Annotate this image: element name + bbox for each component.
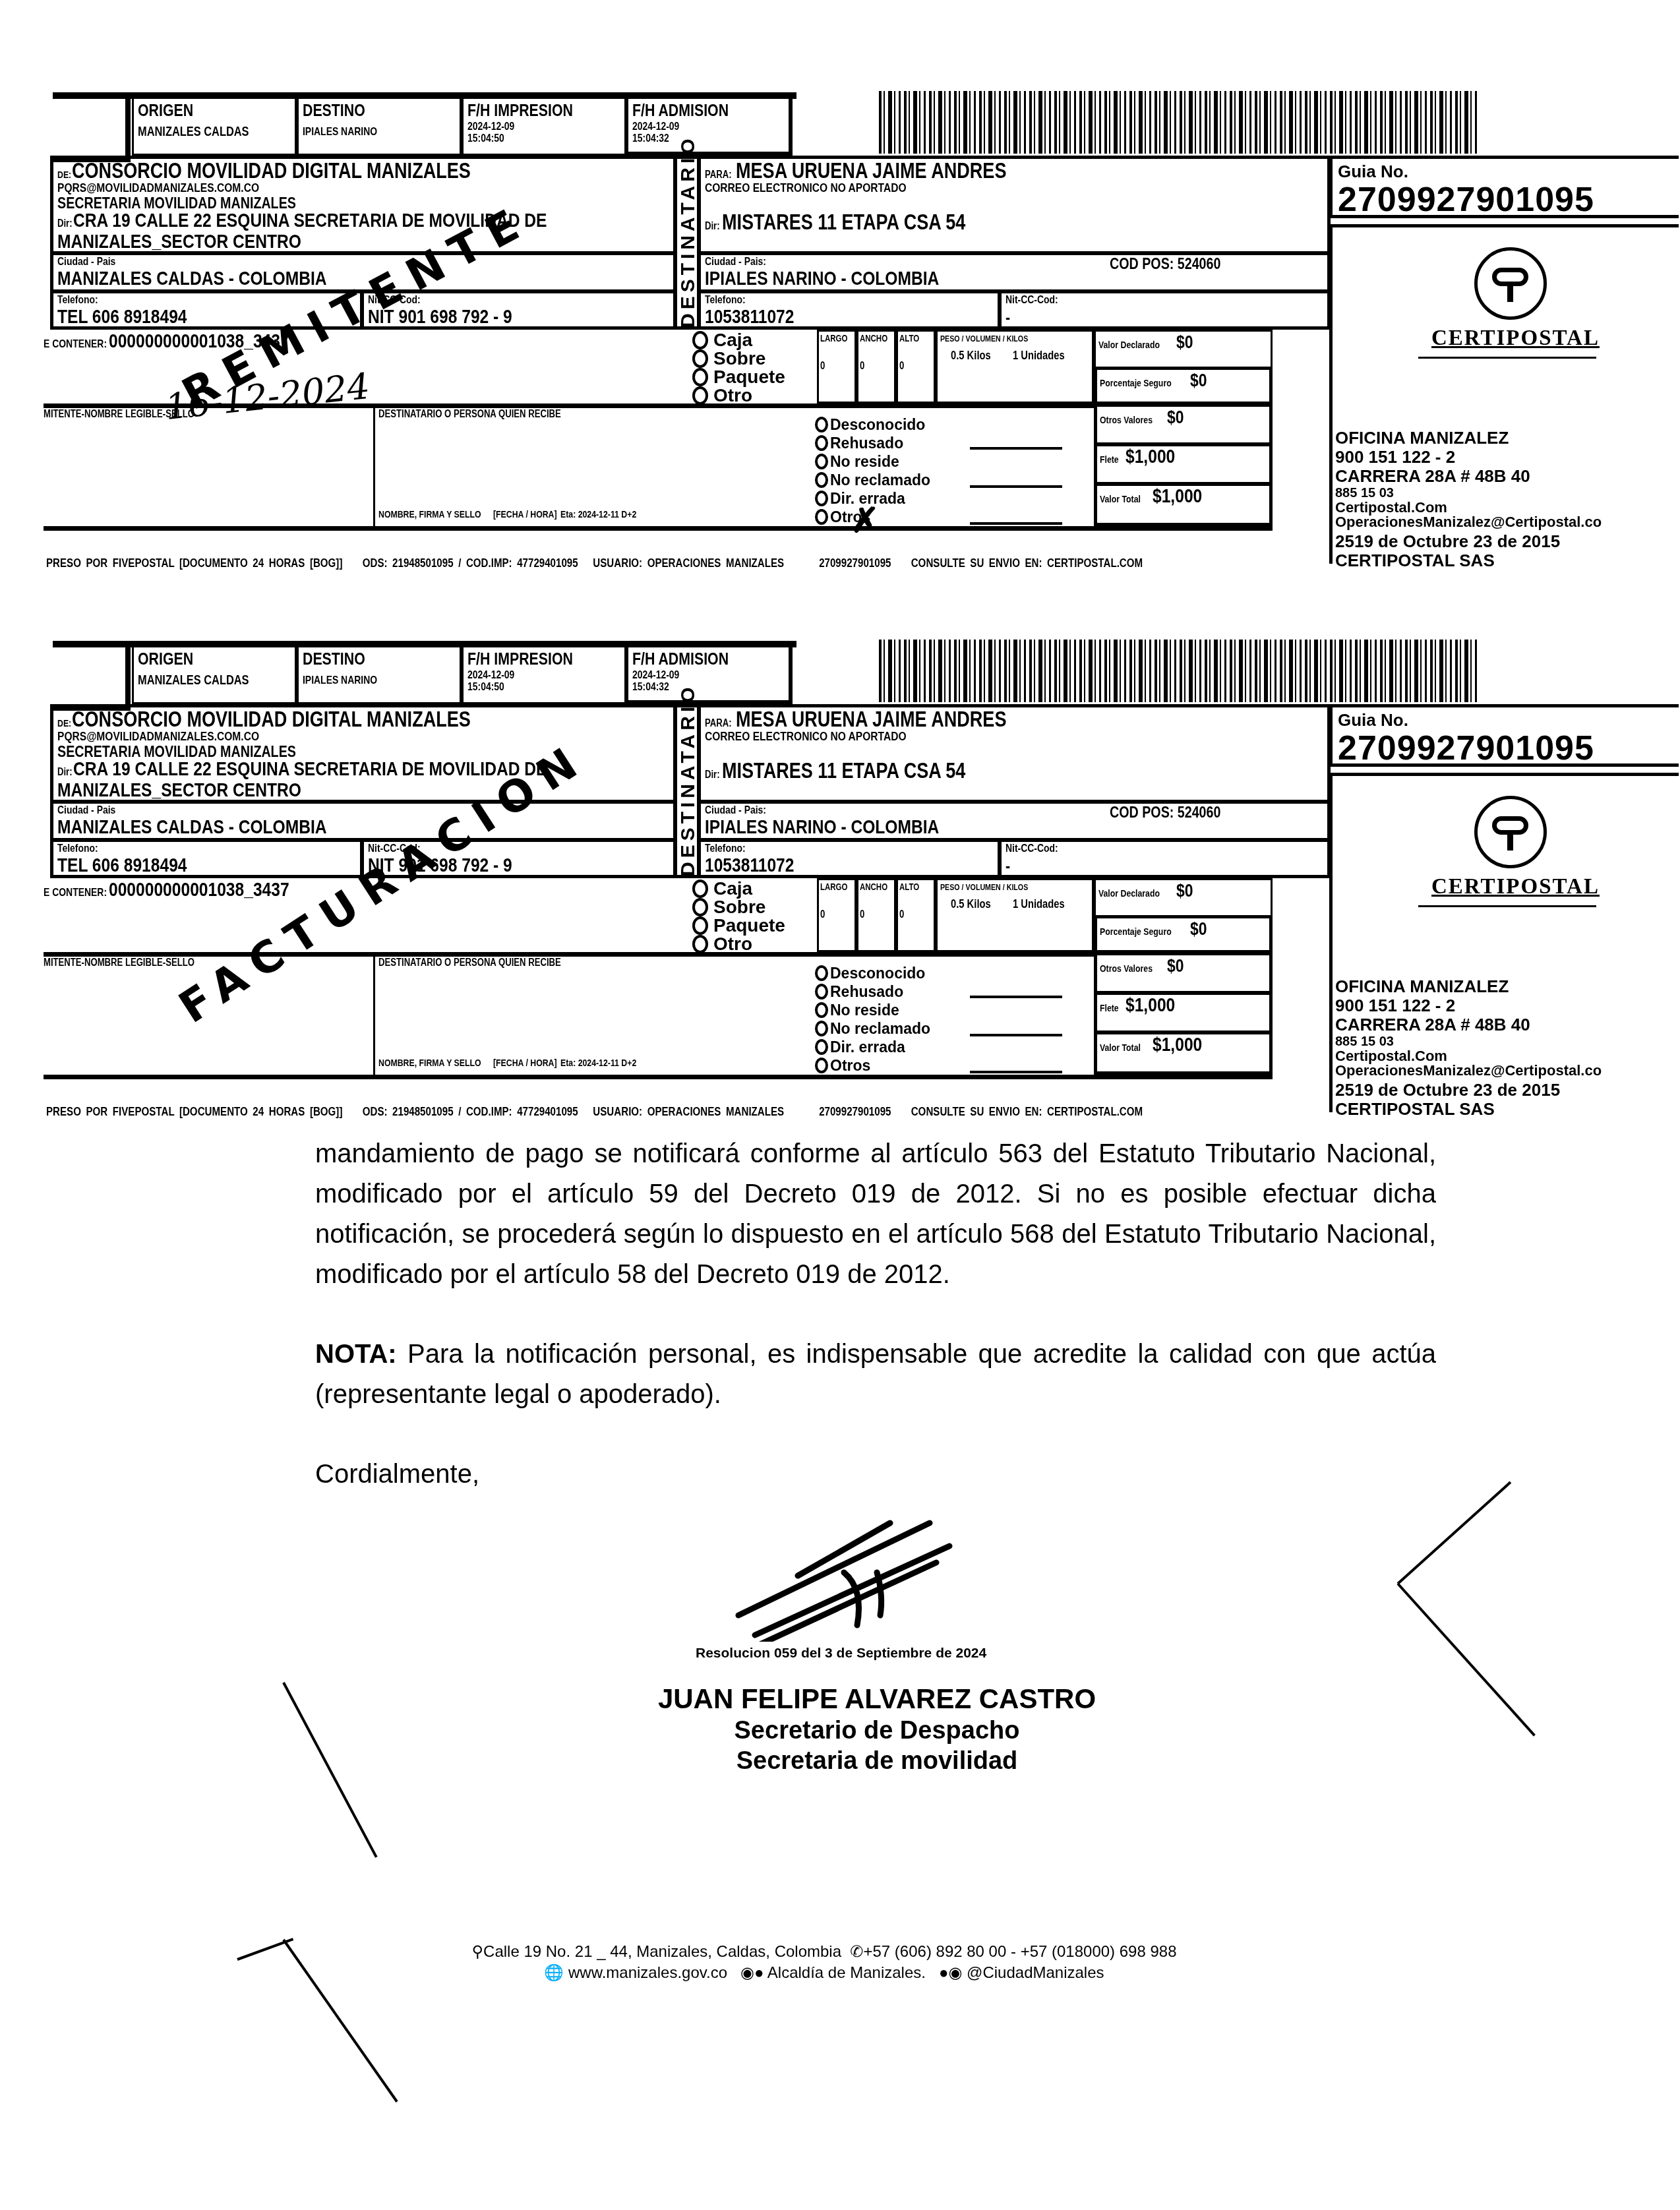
return-reason-label: No reside bbox=[830, 1001, 899, 1019]
package-type-sobre[interactable]: Sobre bbox=[692, 349, 785, 368]
radio-circle-icon[interactable] bbox=[692, 349, 708, 368]
declared-value: $0 bbox=[1176, 880, 1193, 901]
radio-circle-icon[interactable] bbox=[692, 331, 708, 349]
return-reason-option[interactable]: Desconocido bbox=[815, 415, 930, 434]
sender-city-label: Ciudad - Pais bbox=[57, 804, 115, 817]
guide-number: 2709927901095 bbox=[1338, 182, 1673, 218]
recipient-nit-label: Nit-CC-Cod: bbox=[1005, 293, 1058, 307]
freight-value: $1,000 bbox=[1125, 995, 1175, 1016]
other-values: $0 bbox=[1167, 955, 1184, 976]
height-cell: ALTO 0 bbox=[896, 330, 936, 403]
return-reason-option[interactable]: Rehusado bbox=[815, 982, 930, 1001]
recipient-side-label-box: DESTINATARIO bbox=[674, 156, 700, 330]
contents-value: 000000000001038_3437 bbox=[109, 880, 289, 901]
sender-name: CONSORCIO MOVILIDAD DIGITAL MANIZALES bbox=[72, 709, 471, 730]
radio-circle-icon[interactable] bbox=[692, 368, 708, 386]
package-type-label: Caja bbox=[713, 880, 752, 898]
return-reason-label: No reclamado bbox=[830, 1019, 930, 1038]
office-website[interactable]: Certipostal.Com bbox=[1335, 500, 1602, 515]
print-time: 15:04:50 bbox=[467, 133, 593, 144]
radio-circle-icon[interactable] bbox=[815, 417, 828, 433]
width-cell: ANCHO 0 bbox=[856, 330, 896, 403]
weight-cell: PESO / VOLUMEN / KILOS 0.5 Kilos 1 Unida… bbox=[936, 330, 1094, 403]
return-reason-option[interactable]: Rehusado bbox=[815, 434, 930, 452]
to-label: PARA: bbox=[705, 169, 732, 181]
recipient-nit: - bbox=[1005, 855, 1010, 876]
height-cell: ALTO 0 bbox=[896, 878, 936, 952]
package-type-options: CajaSobrePaqueteOtro bbox=[692, 331, 785, 405]
signer-name: JUAN FELIPE ALVAREZ CASTRO bbox=[633, 1683, 1121, 1716]
other-values-label: Otros Valores bbox=[1100, 963, 1153, 974]
origin-cell: ORIGEN MANIZALES CALDAS bbox=[132, 647, 297, 704]
return-reason-option[interactable]: Otros bbox=[815, 1056, 930, 1075]
admission-datetime-label: F/H ADMISION bbox=[632, 100, 757, 121]
office-phone: 885 15 03 bbox=[1335, 486, 1602, 500]
sender-phone: TEL 606 8918494 bbox=[57, 307, 187, 328]
facebook-icon: ● bbox=[754, 1964, 764, 1982]
length-label: LARGO bbox=[820, 333, 847, 343]
sender-address-line2: MANIZALES_SECTOR CENTRO bbox=[57, 231, 301, 253]
office-resolution: 2519 de Octubre 23 de 2015 bbox=[1335, 532, 1602, 551]
radio-circle-icon[interactable] bbox=[692, 916, 708, 935]
total-value: $1,000 bbox=[1153, 486, 1202, 507]
recipient-city: IPIALES NARINO - COLOMBIA bbox=[705, 268, 939, 289]
destination-cell: DESTINO IPIALES NARINO bbox=[297, 647, 462, 704]
radio-circle-icon[interactable] bbox=[815, 491, 828, 506]
footer-guide-number: 2709927901095 bbox=[819, 1105, 891, 1118]
sender-city: MANIZALES CALDAS - COLOMBIA bbox=[57, 817, 327, 838]
length-cell: LARGO 0 bbox=[817, 330, 856, 403]
shipping-guide-2: ORIGEN MANIZALES CALDAS DESTINO IPIALES … bbox=[0, 633, 1680, 1134]
from-label: DE: bbox=[57, 169, 71, 181]
sender-signature-label-wrap: MITENTE-NOMBRE LEGIBLE-SELLO bbox=[44, 957, 227, 969]
length-value: 0 bbox=[820, 909, 825, 921]
width-label: ANCHO bbox=[860, 333, 887, 343]
destination-cell: DESTINO IPIALES NARINO bbox=[297, 99, 462, 156]
radio-circle-icon[interactable] bbox=[815, 435, 828, 451]
carrier-logo-text: CERTIPOSTAL bbox=[1431, 875, 1600, 899]
signer-title: Secretario de Despacho bbox=[633, 1716, 1121, 1746]
ods-code: ODS: 21948501095 / COD.IMP: 47729401095 bbox=[363, 556, 578, 570]
other-values-cell: Otros Valores $0 bbox=[1094, 403, 1273, 446]
sender-name: CONSORCIO MOVILIDAD DIGITAL MANIZALES bbox=[72, 160, 471, 181]
length-label: LARGO bbox=[820, 881, 847, 892]
admission-datetime-cell: F/H ADMISION 2024-12-09 15:04:32 bbox=[626, 99, 793, 156]
page-footer: ⚲Calle 19 No. 21 _ 44, Manizales, Caldas… bbox=[376, 1942, 1273, 1984]
closing: Cordialmente, bbox=[315, 1454, 1436, 1495]
signature-footer-line: NOMBRE, FIRMA Y SELLO [FECHA / HORA] Eta… bbox=[378, 1058, 653, 1069]
package-type-sobre[interactable]: Sobre bbox=[692, 898, 785, 916]
signature-block: JUAN FELIPE ALVAREZ CASTRO Secretario de… bbox=[633, 1683, 1121, 1776]
footer-social-handle[interactable]: @CiudadManizales bbox=[967, 1964, 1104, 1982]
freight-label: Flete bbox=[1100, 454, 1119, 465]
return-reason-option[interactable]: No reside bbox=[815, 1001, 930, 1019]
youtube-icon: ◉ bbox=[948, 1964, 962, 1982]
sender-email: PQRS@MOVILIDADMANIZALES.COM.CO bbox=[57, 730, 259, 744]
recipient-signature-label-wrap: DESTINATARIO O PERSONA QUIEN RECIBE bbox=[378, 957, 601, 969]
return-reason-label: No reside bbox=[830, 452, 899, 471]
recipient-phone: 1053811072 bbox=[705, 855, 794, 876]
guide-number-box: Guia No. 2709927901095 bbox=[1329, 156, 1679, 218]
package-type-label: Sobre bbox=[713, 349, 765, 368]
signer-department: Secretaria de movilidad bbox=[633, 1746, 1121, 1776]
recipient-signature-label: DESTINATARIO O PERSONA QUIEN RECIBE bbox=[378, 957, 561, 969]
sender-address-line1: CRA 19 CALLE 22 ESQUINA SECRETARIA DE MO… bbox=[73, 759, 547, 780]
recipient-dir-label: Dir: bbox=[705, 769, 720, 781]
other-values: $0 bbox=[1167, 407, 1184, 428]
recipient-side-label: DESTINATARIO bbox=[677, 159, 698, 328]
package-type-label: Sobre bbox=[713, 898, 765, 916]
destination-value: IPIALES NARINO bbox=[303, 126, 428, 138]
sender-block: DE:CONSORCIO MOVILIDAD DIGITAL MANIZALES… bbox=[50, 156, 676, 254]
user-label: USUARIO: OPERACIONES MANIZALES bbox=[593, 1105, 784, 1118]
office-phone: 885 15 03 bbox=[1335, 1034, 1602, 1049]
receipt-divider bbox=[44, 952, 1096, 957]
return-reason-option[interactable]: No reside bbox=[815, 452, 930, 471]
insurance-cell: Porcentaje Seguro $0 bbox=[1094, 915, 1273, 953]
height-value: 0 bbox=[899, 361, 904, 373]
origin-label: ORIGEN bbox=[138, 100, 263, 121]
from-label: DE: bbox=[57, 718, 71, 729]
print-time: 15:04:50 bbox=[467, 681, 593, 693]
package-type-label: Paquete bbox=[713, 368, 785, 386]
letter-paragraph: mandamiento de pago se notificará confor… bbox=[315, 1134, 1436, 1295]
office-address: CARRERA 28A # 48B 40 bbox=[1335, 467, 1602, 486]
height-label: ALTO bbox=[899, 881, 919, 892]
barcode bbox=[879, 91, 1479, 154]
print-datetime-cell: F/H IMPRESION 2024-12-09 15:04:50 bbox=[462, 99, 626, 156]
admission-date: 2024-12-09 bbox=[632, 121, 757, 133]
insurance-label: Porcentaje Seguro bbox=[1100, 926, 1172, 938]
sender-phone-label: Telefono: bbox=[57, 842, 98, 855]
total-value-label: Valor Total bbox=[1100, 494, 1141, 505]
note-label: NOTA: bbox=[315, 1340, 397, 1369]
package-type-otro[interactable]: Otro bbox=[692, 386, 785, 405]
radio-circle-icon[interactable] bbox=[815, 1021, 828, 1036]
recipient-city: IPIALES NARINO - COLOMBIA bbox=[705, 817, 939, 838]
postal-code: COD POS: 524060 bbox=[1110, 805, 1220, 821]
declared-value: $0 bbox=[1176, 332, 1193, 353]
office-email[interactable]: OperacionesManizalez@Certipostal.co bbox=[1335, 515, 1602, 529]
return-reason-label: Desconocido bbox=[830, 415, 925, 434]
recipient-nit-block: Nit-CC-Cod: - bbox=[998, 839, 1331, 878]
guide-footer: PRESO POR FIVEPOSTAL [DOCUMENTO 24 HORAS… bbox=[46, 556, 1143, 570]
sender-address-line2: MANIZALES_SECTOR CENTRO bbox=[57, 780, 301, 801]
origin-cell: ORIGEN MANIZALES CALDAS bbox=[132, 99, 297, 156]
radio-circle-icon[interactable] bbox=[692, 935, 708, 953]
weight-value: 0.5 Kilos bbox=[951, 349, 991, 363]
contents-label: E CONTENER: bbox=[44, 338, 107, 351]
bottom-divider bbox=[44, 1075, 1273, 1079]
office-details: OFICINA MANIZALEZ 900 151 122 - 2 CARRER… bbox=[1335, 429, 1602, 570]
return-reason-option[interactable]: Dir. errada bbox=[815, 1038, 930, 1056]
insurance-value: $0 bbox=[1190, 370, 1207, 391]
certipostal-logo-icon bbox=[1474, 796, 1547, 868]
units-value: 1 Unidades bbox=[1013, 897, 1065, 911]
guide-number: 2709927901095 bbox=[1338, 731, 1673, 766]
footer-social-alcaldia[interactable]: Alcaldía de Manizales. bbox=[767, 1964, 926, 1982]
declared-value-cell: Valor Declarado $0 bbox=[1094, 878, 1273, 918]
freight-value: $1,000 bbox=[1125, 446, 1175, 467]
scan-corner-mark bbox=[1397, 1583, 1536, 1737]
radio-circle-icon[interactable] bbox=[815, 965, 828, 981]
printed-by: PRESO POR FIVEPOSTAL [DOCUMENTO 24 HORAS… bbox=[46, 1105, 342, 1118]
recipient-block: PARA:MESA URUENA JAIME ANDRES CORREO ELE… bbox=[698, 704, 1331, 803]
recipient-city-label: Ciudad - Pais: bbox=[705, 804, 766, 817]
package-type-caja[interactable]: Caja bbox=[692, 880, 785, 898]
carrier-office-box: CERTIPOSTAL OFICINA MANIZALEZ 900 151 12… bbox=[1329, 224, 1679, 564]
office-name: OFICINA MANIZALEZ bbox=[1335, 977, 1602, 996]
recipient-email: CORREO ELECTRONICO NO APORTADO bbox=[705, 181, 907, 196]
signature-name-label: NOMBRE, FIRMA Y SELLO bbox=[378, 509, 481, 520]
origin-value: MANIZALES CALDAS bbox=[138, 126, 263, 138]
admission-date: 2024-12-09 bbox=[632, 669, 757, 681]
return-reason-option[interactable]: No reclamado bbox=[815, 471, 930, 489]
carrier-logo-text: CERTIPOSTAL bbox=[1431, 326, 1600, 351]
destination-label: DESTINO bbox=[303, 100, 428, 121]
width-value: 0 bbox=[860, 361, 864, 373]
bottom-divider bbox=[44, 526, 1273, 531]
radio-circle-icon[interactable] bbox=[815, 1002, 828, 1018]
carrier-tagline bbox=[1418, 357, 1596, 359]
signature-name-label: NOMBRE, FIRMA Y SELLO bbox=[378, 1058, 481, 1069]
sender-phone-label: Telefono: bbox=[57, 293, 98, 307]
location-pin-icon: ⚲ bbox=[471, 1943, 483, 1961]
letter-body: mandamiento de pago se notificará confor… bbox=[315, 1134, 1436, 1495]
twitter-icon: ● bbox=[939, 1964, 949, 1982]
width-label: ANCHO bbox=[860, 881, 887, 892]
recipient-dir-label: Dir: bbox=[705, 221, 720, 233]
weight-value: 0.5 Kilos bbox=[951, 897, 991, 911]
recipient-city-block: Ciudad - Pais:COD POS: 524060 IPIALES NA… bbox=[698, 800, 1331, 841]
datetime-label: [FECHA / HORA] bbox=[493, 509, 557, 520]
carrier-tagline bbox=[1418, 905, 1596, 907]
width-value: 0 bbox=[860, 909, 864, 921]
total-value-cell: Valor Total $1,000 bbox=[1094, 1031, 1273, 1075]
office-nit: 900 151 122 - 2 bbox=[1335, 996, 1602, 1015]
total-value-label: Valor Total bbox=[1100, 1042, 1141, 1054]
office-company: CERTIPOSTAL SAS bbox=[1335, 551, 1602, 570]
weight-label: PESO / VOLUMEN / KILOS bbox=[940, 334, 1028, 343]
certipostal-logo-icon bbox=[1474, 247, 1547, 320]
to-label: PARA: bbox=[705, 718, 732, 730]
insurance-cell: Porcentaje Seguro $0 bbox=[1094, 367, 1273, 405]
length-value: 0 bbox=[820, 361, 825, 373]
sender-city-label: Ciudad - Pais bbox=[57, 255, 115, 268]
radio-circle-icon[interactable] bbox=[815, 1039, 828, 1055]
contents-label: E CONTENER: bbox=[44, 886, 107, 899]
height-label: ALTO bbox=[899, 333, 919, 343]
freight-cell: Flete $1,000 bbox=[1094, 443, 1273, 485]
package-type-label: Paquete bbox=[713, 916, 785, 935]
other-values-label: Otros Valores bbox=[1100, 415, 1153, 426]
sender-phone: TEL 606 8918494 bbox=[57, 855, 187, 876]
print-date: 2024-12-09 bbox=[467, 669, 593, 681]
radio-circle-icon[interactable] bbox=[692, 386, 708, 405]
insurance-label: Porcentaje Seguro bbox=[1100, 378, 1172, 389]
recipient-signature-label: DESTINATARIO O PERSONA QUIEN RECIBE bbox=[378, 409, 561, 421]
declared-value-label: Valor Declarado bbox=[1098, 340, 1160, 351]
height-value: 0 bbox=[899, 909, 904, 921]
units-value: 1 Unidades bbox=[1013, 349, 1065, 363]
sender-signature-label: MITENTE-NOMBRE LEGIBLE-SELLO bbox=[44, 957, 195, 969]
ods-code: ODS: 21948501095 / COD.IMP: 47729401095 bbox=[363, 1105, 578, 1118]
eta-value: Eta: 2024-12-11 D+2 bbox=[560, 1058, 636, 1069]
receipt-column-divider bbox=[373, 406, 375, 526]
return-reason-label: Otros bbox=[830, 1056, 870, 1075]
scan-corner-mark bbox=[282, 1682, 377, 1858]
office-email[interactable]: OperacionesManizalez@Certipostal.co bbox=[1335, 1063, 1602, 1078]
note-text: Para la notificación personal, es indisp… bbox=[315, 1340, 1436, 1409]
carrier-office-box: CERTIPOSTAL OFICINA MANIZALEZ 900 151 12… bbox=[1329, 773, 1679, 1112]
user-label: USUARIO: OPERACIONES MANIZALES bbox=[593, 556, 784, 570]
sender-city-block: Ciudad - Pais MANIZALES CALDAS - COLOMBI… bbox=[50, 800, 676, 841]
contents-line: E CONTENER:000000000001038_3437 bbox=[44, 880, 329, 901]
origin-label: ORIGEN bbox=[138, 649, 263, 669]
guide-number-label: Guia No. bbox=[1338, 710, 1673, 731]
footer-website[interactable]: www.manizales.gov.co bbox=[568, 1964, 727, 1982]
radio-circle-icon[interactable] bbox=[692, 898, 708, 916]
signature-scribble bbox=[725, 1510, 1029, 1642]
tracking-link[interactable]: CONSULTE SU ENVIO EN: CERTIPOSTAL.COM bbox=[911, 1105, 1143, 1118]
recipient-side-label-box: DESTINATARIO bbox=[674, 704, 700, 878]
admission-datetime-label: F/H ADMISION bbox=[632, 649, 757, 669]
instagram-icon: ◉ bbox=[740, 1964, 754, 1982]
width-cell: ANCHO 0 bbox=[856, 878, 896, 952]
recipient-name: MESA URUENA JAIME ANDRES bbox=[736, 160, 1006, 181]
recipient-phone-block: Telefono: 1053811072 bbox=[698, 290, 1001, 330]
guide-number-box: Guia No. 2709927901095 bbox=[1329, 704, 1679, 767]
recipient-nit-block: Nit-CC-Cod: - bbox=[998, 290, 1331, 330]
recipient-phone-label: Telefono: bbox=[705, 293, 746, 307]
globe-icon: 🌐 bbox=[544, 1964, 564, 1982]
eta-value: Eta: 2024-12-11 D+2 bbox=[560, 509, 636, 520]
print-datetime-label: F/H IMPRESION bbox=[467, 649, 593, 669]
phone-icon: ✆ bbox=[850, 1943, 863, 1961]
radio-circle-icon[interactable] bbox=[815, 984, 828, 1000]
recipient-address: MISTARES 11 ETAPA CSA 54 bbox=[722, 212, 965, 233]
destination-label: DESTINO bbox=[303, 649, 428, 669]
package-type-paquete[interactable]: Paquete bbox=[692, 368, 785, 386]
barcode bbox=[879, 640, 1479, 702]
print-datetime-label: F/H IMPRESION bbox=[467, 100, 593, 121]
package-type-paquete[interactable]: Paquete bbox=[692, 916, 785, 935]
recipient-city-block: Ciudad - Pais:COD POS: 524060 IPIALES NA… bbox=[698, 252, 1331, 293]
weight-cell: PESO / VOLUMEN / KILOS 0.5 Kilos 1 Unida… bbox=[936, 878, 1094, 952]
signer-resolution: Resolucion 059 del 3 de Septiembre de 20… bbox=[696, 1646, 986, 1661]
return-reason-option[interactable]: No reclamado bbox=[815, 1019, 930, 1038]
footer-phones: +57 (606) 892 80 00 - +57 (018000) 698 9… bbox=[863, 1943, 1176, 1961]
package-type-caja[interactable]: Caja bbox=[692, 331, 785, 349]
sender-email: PQRS@MOVILIDADMANIZALES.COM.CO bbox=[57, 181, 259, 196]
office-company: CERTIPOSTAL SAS bbox=[1335, 1100, 1602, 1119]
declared-value-label: Valor Declarado bbox=[1098, 888, 1160, 899]
guide-number-label: Guia No. bbox=[1338, 162, 1673, 182]
footer-address: Calle 19 No. 21 _ 44, Manizales, Caldas,… bbox=[483, 1943, 841, 1961]
footer-guide-number: 2709927901095 bbox=[819, 556, 891, 570]
sender-dir-label: Dir: bbox=[57, 218, 73, 230]
office-nit: 900 151 122 - 2 bbox=[1335, 448, 1602, 467]
office-website[interactable]: Certipostal.Com bbox=[1335, 1049, 1602, 1063]
radio-circle-icon[interactable] bbox=[815, 454, 828, 469]
radio-circle-icon[interactable] bbox=[815, 472, 828, 488]
recipient-nit: - bbox=[1005, 307, 1010, 328]
other-values-cell: Otros Valores $0 bbox=[1094, 952, 1273, 994]
recipient-phone-label: Telefono: bbox=[705, 842, 746, 855]
package-type-otro[interactable]: Otro bbox=[692, 935, 785, 953]
recipient-name: MESA URUENA JAIME ANDRES bbox=[736, 709, 1006, 730]
freight-cell: Flete $1,000 bbox=[1094, 992, 1273, 1034]
total-value-cell: Valor Total $1,000 bbox=[1094, 483, 1273, 526]
admission-datetime-cell: F/H ADMISION 2024-12-09 15:04:32 bbox=[626, 647, 793, 704]
printed-by: PRESO POR FIVEPOSTAL [DOCUMENTO 24 HORAS… bbox=[46, 556, 342, 570]
total-value: $1,000 bbox=[1153, 1034, 1202, 1056]
recipient-email: CORREO ELECTRONICO NO APORTADO bbox=[705, 730, 907, 744]
sender-phone-block: Telefono: TEL 606 8918494 bbox=[50, 839, 363, 878]
office-address: CARRERA 28A # 48B 40 bbox=[1335, 1015, 1602, 1034]
tracking-link[interactable]: CONSULTE SU ENVIO EN: CERTIPOSTAL.COM bbox=[911, 556, 1143, 570]
office-resolution: 2519 de Octubre 23 de 2015 bbox=[1335, 1081, 1602, 1100]
origin-value: MANIZALES CALDAS bbox=[138, 674, 263, 686]
insurance-value: $0 bbox=[1190, 918, 1207, 940]
sender-dir-label: Dir: bbox=[57, 767, 73, 779]
datetime-label: [FECHA / HORA] bbox=[493, 1058, 557, 1069]
radio-circle-icon[interactable] bbox=[692, 880, 708, 898]
return-reason-label: Rehusado bbox=[830, 982, 903, 1001]
return-reason-label: Rehusado bbox=[830, 434, 903, 452]
recipient-nit-label: Nit-CC-Cod: bbox=[1005, 842, 1058, 855]
office-name: OFICINA MANIZALEZ bbox=[1335, 429, 1602, 448]
print-datetime-cell: F/H IMPRESION 2024-12-09 15:04:50 bbox=[462, 647, 626, 704]
length-cell: LARGO 0 bbox=[817, 878, 856, 952]
return-reason-label: Desconocido bbox=[830, 964, 925, 982]
return-reason-label: Dir. errada bbox=[830, 1038, 905, 1056]
recipient-phone-block: Telefono: 1053811072 bbox=[698, 839, 1001, 878]
freight-label: Flete bbox=[1100, 1003, 1119, 1014]
print-date: 2024-12-09 bbox=[467, 121, 593, 133]
recipient-address: MISTARES 11 ETAPA CSA 54 bbox=[722, 760, 965, 781]
return-reason-label: No reclamado bbox=[830, 471, 930, 489]
package-type-label: Otro bbox=[713, 935, 752, 953]
recipient-side-label: DESTINATARIO bbox=[677, 707, 698, 876]
package-type-options: CajaSobrePaqueteOtro bbox=[692, 880, 785, 953]
return-reason-option[interactable]: Desconocido bbox=[815, 964, 930, 982]
guide-body: DE:CONSORCIO MOVILIDAD DIGITAL MANIZALES… bbox=[50, 704, 1329, 1113]
recipient-city-label: Ciudad - Pais: bbox=[705, 255, 766, 268]
destination-value: IPIALES NARINO bbox=[303, 674, 428, 686]
scan-corner-mark bbox=[1397, 1481, 1512, 1585]
radio-circle-icon[interactable] bbox=[815, 1058, 828, 1073]
package-type-label: Caja bbox=[713, 331, 752, 349]
recipient-signature-label-wrap: DESTINATARIO O PERSONA QUIEN RECIBE bbox=[378, 409, 601, 421]
office-details: OFICINA MANIZALEZ 900 151 122 - 2 CARRER… bbox=[1335, 977, 1602, 1119]
weight-label: PESO / VOLUMEN / KILOS bbox=[940, 882, 1028, 892]
receipt-column-divider bbox=[373, 955, 375, 1075]
guide-footer: PRESO POR FIVEPOSTAL [DOCUMENTO 24 HORAS… bbox=[46, 1105, 1143, 1119]
radio-circle-icon[interactable] bbox=[815, 509, 828, 525]
sender-city: MANIZALES CALDAS - COLOMBIA bbox=[57, 268, 327, 289]
checkmark-x-icon: ✗ bbox=[851, 501, 880, 541]
return-reasons: DesconocidoRehusadoNo resideNo reclamado… bbox=[815, 964, 930, 1075]
signature-footer-line: NOMBRE, FIRMA Y SELLO [FECHA / HORA] Eta… bbox=[378, 509, 653, 521]
recipient-block: PARA:MESA URUENA JAIME ANDRES CORREO ELE… bbox=[698, 156, 1331, 254]
postal-code: COD POS: 524060 bbox=[1110, 256, 1220, 272]
package-type-label: Otro bbox=[713, 386, 752, 405]
recipient-phone: 1053811072 bbox=[705, 307, 794, 328]
declared-value-cell: Valor Declarado $0 bbox=[1094, 330, 1273, 369]
